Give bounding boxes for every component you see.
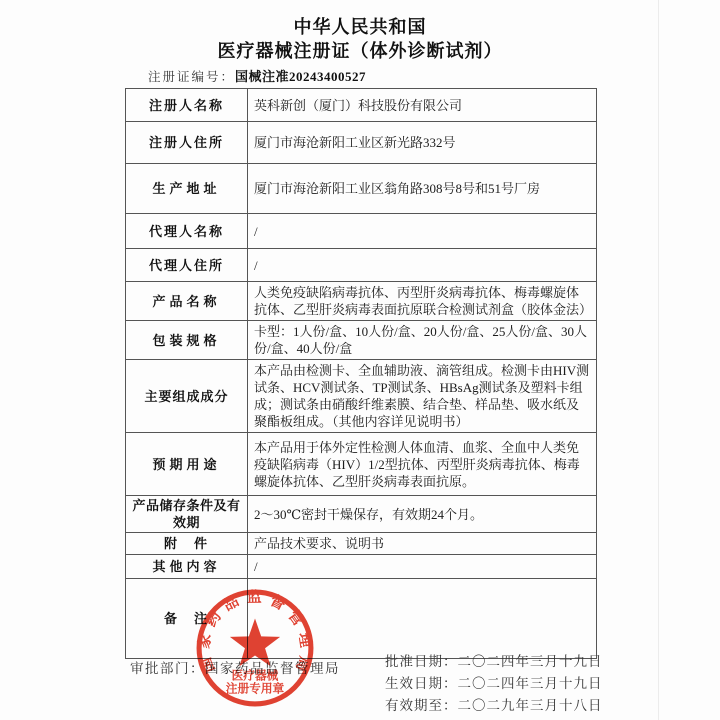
table-row: 产品名称 人类免疫缺陷病毒抗体、丙型肝炎病毒抗体、梅毒螺旋体抗体、乙型肝炎病毒表… (126, 282, 597, 321)
approval-department-value: 国家药品监督管理局 (205, 661, 340, 676)
row-value: 产品技术要求、说明书 (248, 533, 597, 555)
approval-date-label: 批准日期： (385, 654, 458, 669)
row-value: 厦门市海沧新阳工业区翁角路308号8号和51号厂房 (248, 164, 597, 214)
row-label: 主要组成成分 (126, 360, 248, 433)
table-row: 代理人住所 / (126, 249, 597, 282)
approval-department-label: 审批部门： (130, 661, 205, 676)
approval-date-line: 批准日期：二〇二四年三月十九日 (385, 651, 603, 673)
row-label: 代理人名称 (126, 214, 248, 249)
table-row: 预期用途 本产品用于体外定性检测人体血清、血浆、全血中人类免疫缺陷病毒（HIV）… (126, 433, 597, 496)
table-row: 主要组成成分 本产品由检测卡、全血辅助液、滴管组成。检测卡由HIV测试条、HCV… (126, 360, 597, 433)
row-value (248, 579, 597, 659)
stamp-line2: 注册专用章 (226, 682, 285, 696)
row-value: 本产品用于体外定性检测人体血清、血浆、全血中人类免疫缺陷病毒（HIV）1/2型抗… (248, 433, 597, 496)
row-label: 产品名称 (126, 282, 248, 321)
effective-date-value: 二〇二四年三月十九日 (458, 676, 603, 691)
expiry-date-value: 二〇二九年三月十八日 (458, 698, 603, 713)
row-label: 预期用途 (126, 433, 248, 496)
row-value: 人类免疫缺陷病毒抗体、丙型肝炎病毒抗体、梅毒螺旋体抗体、乙型肝炎病毒表面抗原联合… (248, 282, 597, 321)
approval-department-line: 审批部门：国家药品监督管理局 (130, 657, 340, 677)
row-value: 本产品由检测卡、全血辅助液、滴管组成。检测卡由HIV测试条、HCV测试条、TP测… (248, 360, 597, 433)
table-row: 生产地址 厦门市海沧新阳工业区翁角路308号8号和51号厂房 (126, 164, 597, 214)
row-label: 备 注 (126, 579, 248, 659)
row-value: 厦门市海沧新阳工业区新光路332号 (248, 122, 597, 164)
row-label: 注册人住所 (126, 122, 248, 164)
scan-paper-edge (658, 0, 659, 720)
table-row: 其他内容 / (126, 555, 597, 579)
certificate-table: 注册人名称 英科新创（厦门）科技股份有限公司 注册人住所 厦门市海沧新阳工业区新… (125, 88, 597, 659)
row-value: / (248, 214, 597, 249)
table-row: 注册人名称 英科新创（厦门）科技股份有限公司 (126, 89, 597, 122)
registration-number-value: 国械注准20243400527 (235, 69, 366, 84)
row-label: 附 件 (126, 533, 248, 555)
row-value: / (248, 555, 597, 579)
row-label: 注册人名称 (126, 89, 248, 122)
doc-title-line1: 中华人民共和国 (0, 13, 720, 39)
table-row: 备 注 (126, 579, 597, 659)
registration-number-line: 注册证编号：国械注准20243400527 (148, 66, 366, 85)
table-row: 包装规格 卡型：1人份/盒、10人份/盒、20人份/盒、25人份/盒、30人份/… (126, 321, 597, 360)
effective-date-label: 生效日期： (385, 676, 458, 691)
row-value: 卡型：1人份/盒、10人份/盒、20人份/盒、25人份/盒、30人份/盒、40人… (248, 321, 597, 360)
certificate-dates: 批准日期：二〇二四年三月十九日 生效日期：二〇二四年三月十九日 有效期至：二〇二… (385, 651, 603, 717)
row-value: 英科新创（厦门）科技股份有限公司 (248, 89, 597, 122)
certificate-page: 中华人民共和国 医疗器械注册证（体外诊断试剂） 注册证编号：国械注准202434… (0, 0, 720, 720)
registration-number-label: 注册证编号： (148, 70, 235, 84)
row-value: / (248, 249, 597, 282)
approval-date-value: 二〇二四年三月十九日 (458, 654, 603, 669)
table-row: 注册人住所 厦门市海沧新阳工业区新光路332号 (126, 122, 597, 164)
expiry-date-line: 有效期至：二〇二九年三月十八日 (385, 695, 603, 717)
row-label: 生产地址 (126, 164, 248, 214)
row-label: 其他内容 (126, 555, 248, 579)
table-row: 附 件 产品技术要求、说明书 (126, 533, 597, 555)
table-row: 代理人名称 / (126, 214, 597, 249)
row-value: 2～30℃密封干燥保存，有效期24个月。 (248, 496, 597, 533)
row-label: 包装规格 (126, 321, 248, 360)
expiry-date-label: 有效期至： (385, 698, 458, 713)
doc-title-line2: 医疗器械注册证（体外诊断试剂） (0, 37, 720, 63)
effective-date-line: 生效日期：二〇二四年三月十九日 (385, 673, 603, 695)
row-label: 产品储存条件及有效期 (126, 496, 248, 533)
row-label: 代理人住所 (126, 249, 248, 282)
table-row: 产品储存条件及有效期 2～30℃密封干燥保存，有效期24个月。 (126, 496, 597, 533)
